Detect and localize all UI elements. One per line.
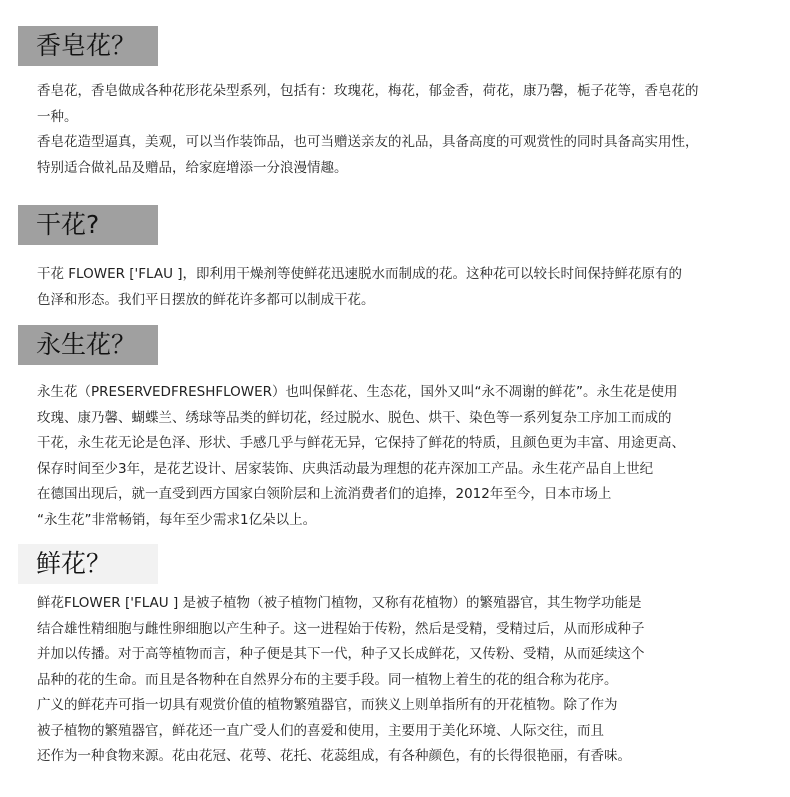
text-line: 色泽和形态。我们平日摆放的鲜花许多都可以制成干花。 bbox=[37, 288, 785, 314]
text-line: 干花，永生花无论是色泽、形状、手感几乎与鲜花无异，它保持了鲜花的特质，且颜色更为… bbox=[37, 431, 785, 457]
section-body-preserved-flower: 永生花（PRESERVEDFRESHFLOWER）也叫保鲜花、生态花，国外又叫“… bbox=[37, 380, 785, 533]
text-line: 并加以传播。对于高等植物而言，种子便是其下一代，种子又长成鲜花，又传粉、受精，从… bbox=[37, 642, 785, 668]
section-heading-preserved-flower: 永生花？ bbox=[18, 325, 158, 365]
section-body-fresh-flower: 鲜花FLOWER ['FLAU ] 是被子植物（被子植物门植物，又称有花植物）的… bbox=[37, 591, 785, 770]
text-line: 品种的花的生命。而且是各物种在自然界分布的主要手段。同一植物上着生的花的组合称为… bbox=[37, 668, 785, 694]
text-line: 在德国出现后，就一直受到西方国家白领阶层和上流消费者们的追捧，2012年至今，日… bbox=[37, 482, 785, 508]
text-line: 广义的鲜花卉可指一切具有观赏价值的植物繁殖器官，而狭义上则单指所有的开花植物。除… bbox=[37, 693, 785, 719]
section-body-soap-flower: 香皂花，香皂做成各种花形花朵型系列，包括有：玫瑰花，梅花，郁金香，荷花，康乃馨，… bbox=[37, 79, 785, 181]
text-line: 被子植物的繁殖器官，鲜花还一直广受人们的喜爱和使用，主要用于美化环境、人际交往，… bbox=[37, 719, 785, 745]
text-line: 香皂花造型逼真，美观，可以当作装饰品，也可当赠送亲友的礼品，具备高度的可观赏性的… bbox=[37, 130, 785, 156]
section-body-dried-flower: 干花 FLOWER ['FLAU ]，即利用干燥剂等使鲜花迅速脱水而制成的花。这… bbox=[37, 262, 785, 313]
text-line: 玫瑰、康乃馨、蝴蝶兰、绣球等品类的鲜切花，经过脱水、脱色、烘干、染色等一系列复杂… bbox=[37, 406, 785, 432]
section-heading-fresh-flower: 鲜花？ bbox=[18, 544, 158, 584]
text-line: 干花 FLOWER ['FLAU ]，即利用干燥剂等使鲜花迅速脱水而制成的花。这… bbox=[37, 262, 785, 288]
text-line: 永生花（PRESERVEDFRESHFLOWER）也叫保鲜花、生态花，国外又叫“… bbox=[37, 380, 785, 406]
text-line: 鲜花FLOWER ['FLAU ] 是被子植物（被子植物门植物，又称有花植物）的… bbox=[37, 591, 785, 617]
section-heading-dried-flower: 干花? bbox=[18, 205, 158, 245]
text-line: “永生花”非常畅销，每年至少需求1亿朵以上。 bbox=[37, 508, 785, 534]
text-line: 香皂花，香皂做成各种花形花朵型系列，包括有：玫瑰花，梅花，郁金香，荷花，康乃馨，… bbox=[37, 79, 785, 105]
text-line: 特别适合做礼品及赠品，给家庭增添一分浪漫情趣。 bbox=[37, 156, 785, 182]
text-line: 还作为一种食物来源。花由花冠、花萼、花托、花蕊组成，有各种颜色，有的长得很艳丽，… bbox=[37, 744, 785, 770]
text-line: 一种。 bbox=[37, 105, 785, 131]
section-heading-soap-flower: 香皂花？ bbox=[18, 26, 158, 66]
text-line: 结合雄性精细胞与雌性卵细胞以产生种子。这一进程始于传粉，然后是受精，受精过后，从… bbox=[37, 617, 785, 643]
text-line: 保存时间至少3年，是花艺设计、居家装饰、庆典活动最为理想的花卉深加工产品。永生花… bbox=[37, 457, 785, 483]
